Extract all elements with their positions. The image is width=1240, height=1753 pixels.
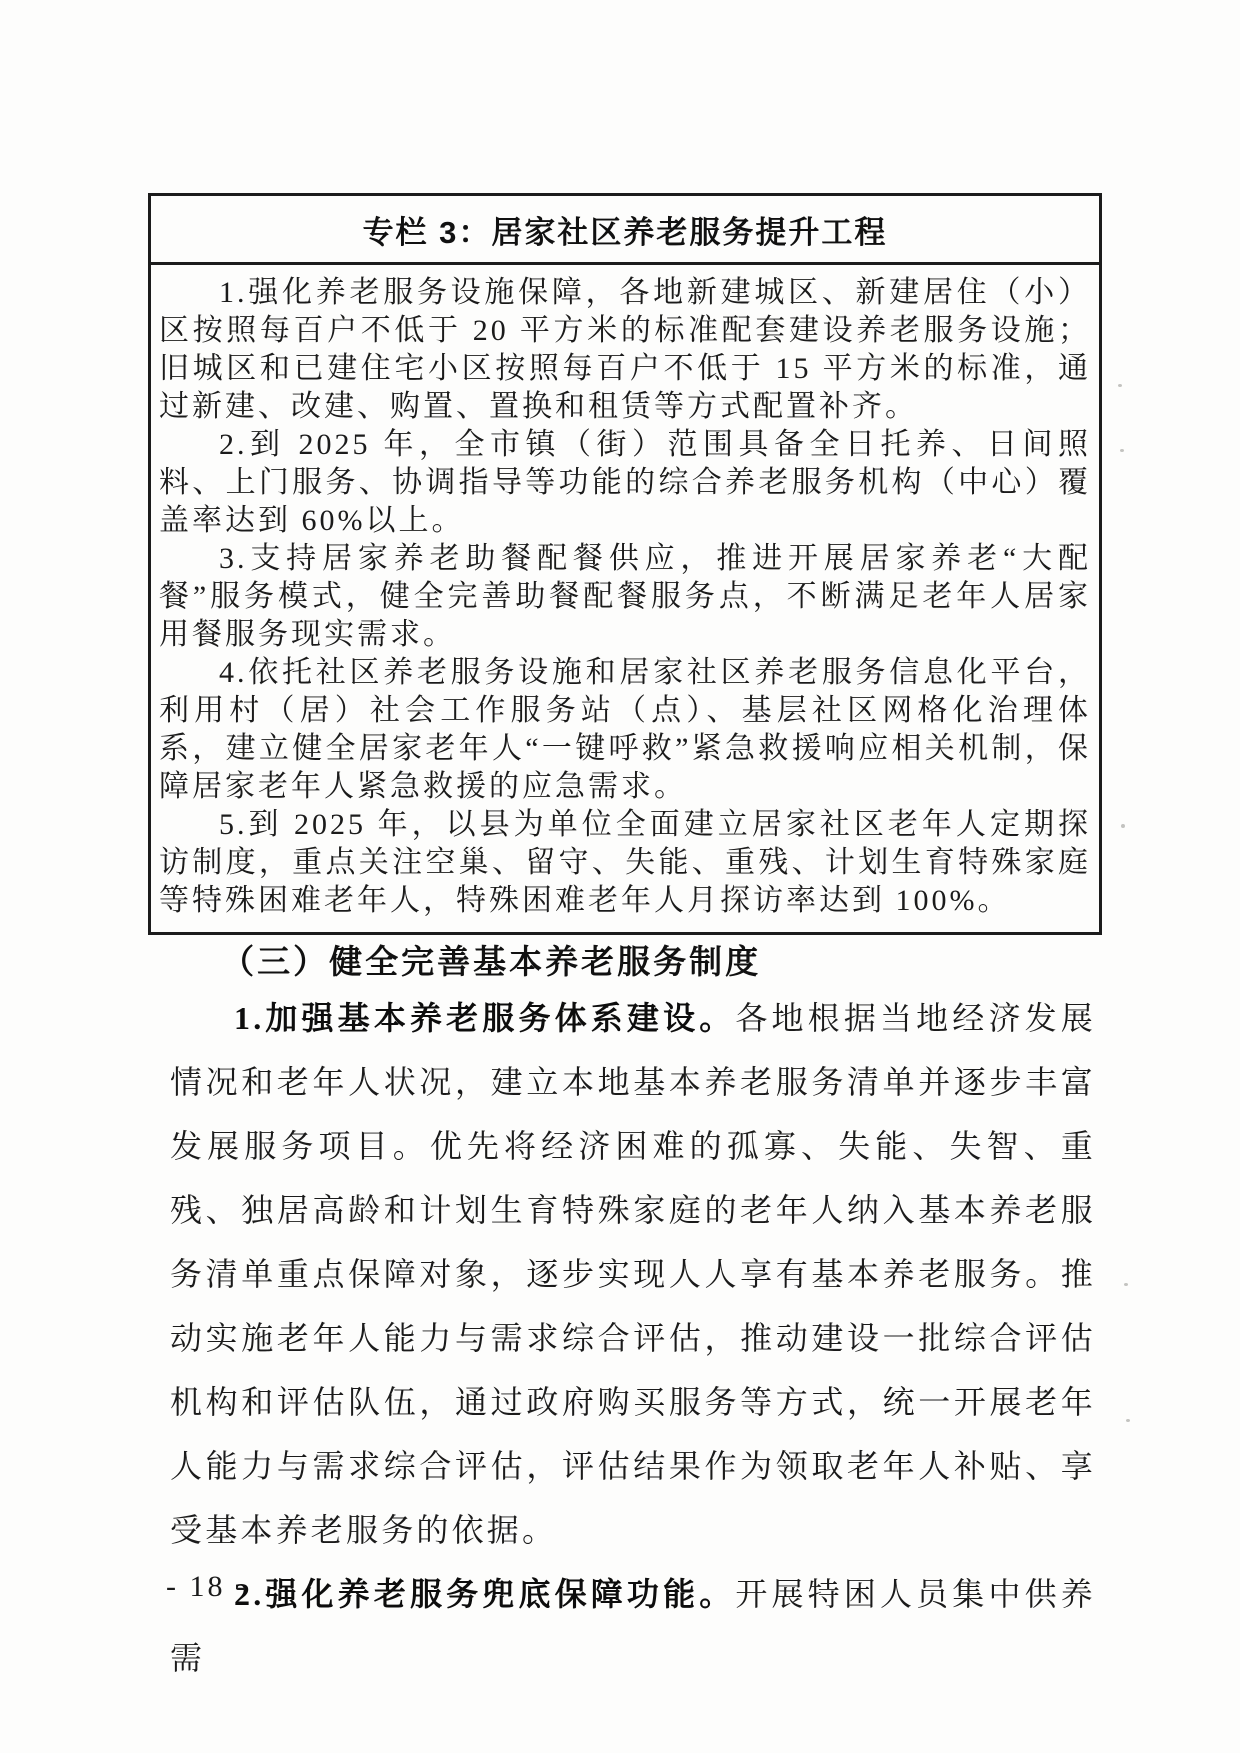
paragraph-1-text: 各地根据当地经济发展情况和老年人状况，建立本地基本养老服务清单并逐步丰富发展服务… xyxy=(170,1000,1096,1548)
document-page: 专栏 3：居家社区养老服务提升工程 1.强化养老服务设施保障，各地新建城区、新建… xyxy=(0,0,1240,1753)
paragraph-1-lead: 1.加强基本养老服务体系建设。 xyxy=(234,1000,735,1036)
column-box-body: 1.强化养老服务设施保障，各地新建城区、新建居住（小）区按照每百户不低于 20 … xyxy=(151,265,1099,932)
scan-speck xyxy=(1120,449,1124,452)
box-paragraph-2: 2.到 2025 年，全市镇（街）范围具备全日托养、日间照料、上门服务、协调指导… xyxy=(159,426,1091,540)
body-paragraph-1: 1.加强基本养老服务体系建设。各地根据当地经济发展情况和老年人状况，建立本地基本… xyxy=(170,986,1096,1562)
section-heading: （三）健全完善基本养老服务制度 xyxy=(170,936,1096,983)
box-paragraph-5: 5.到 2025 年，以县为单位全面建立居家社区老年人定期探访制度，重点关注空巢… xyxy=(159,806,1091,920)
column-box-title: 专栏 3：居家社区养老服务提升工程 xyxy=(151,196,1099,265)
scan-speck xyxy=(1124,1283,1128,1286)
body-paragraph-2: 2.强化养老服务兜底保障功能。开展特困人员集中供养需 xyxy=(170,1562,1096,1690)
box-paragraph-1: 1.强化养老服务设施保障，各地新建城区、新建居住（小）区按照每百户不低于 20 … xyxy=(159,274,1091,426)
scan-speck xyxy=(1126,1419,1130,1422)
box-paragraph-4: 4.依托社区养老服务设施和居家社区养老服务信息化平台，利用村（居）社会工作服务站… xyxy=(159,654,1091,806)
page-number: - 18 - xyxy=(166,1570,249,1604)
feature-column-box: 专栏 3：居家社区养老服务提升工程 1.强化养老服务设施保障，各地新建城区、新建… xyxy=(148,193,1102,935)
section-body: 1.加强基本养老服务体系建设。各地根据当地经济发展情况和老年人状况，建立本地基本… xyxy=(170,986,1096,1690)
scan-speck xyxy=(1118,384,1122,387)
box-paragraph-3: 3.支持居家养老助餐配餐供应，推进开展居家养老“大配餐”服务模式，健全完善助餐配… xyxy=(159,540,1091,654)
paragraph-2-lead: 2.强化养老服务兜底保障功能。 xyxy=(234,1576,735,1612)
scan-speck xyxy=(1121,824,1125,828)
